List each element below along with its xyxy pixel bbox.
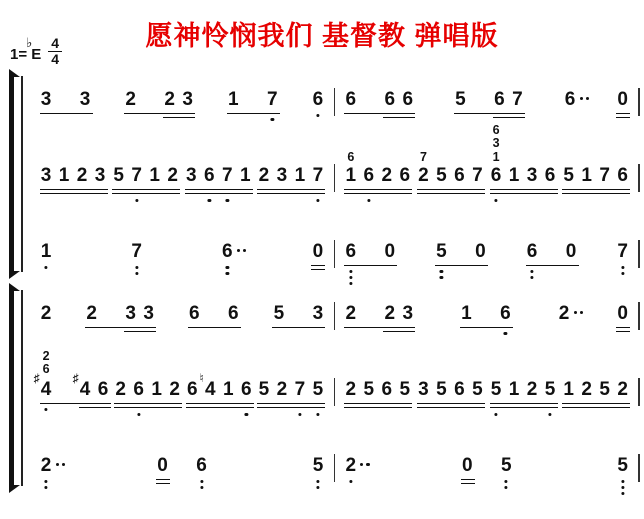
- note-digit: 2: [259, 165, 270, 186]
- note-digit: 5: [617, 455, 628, 476]
- duration-dots: [360, 463, 369, 466]
- note: 4♯: [80, 378, 91, 402]
- note: 6: [454, 164, 465, 188]
- note: 1: [41, 240, 52, 264]
- note: 2: [41, 302, 52, 326]
- note: 0: [462, 454, 473, 478]
- dot-mark: [580, 311, 583, 314]
- barline: [638, 88, 640, 116]
- chord-digit: 1: [493, 151, 500, 164]
- page-title: 愿神怜悯我们 基督教 弹唱版: [0, 0, 644, 53]
- beam-underline-level-2: [490, 407, 558, 409]
- beam-underline-level-2: [490, 193, 558, 195]
- octave-dots-below: [135, 266, 138, 275]
- note-digit: 6: [500, 303, 511, 324]
- dot-mark: [367, 199, 370, 202]
- note: 2: [581, 378, 592, 402]
- note: 7: [131, 164, 142, 188]
- beam-underline-level-2: [417, 407, 485, 409]
- note-digit: 1: [149, 165, 160, 186]
- beam-underline-level-1: [114, 403, 182, 405]
- note: 6: [384, 88, 395, 112]
- dot-mark: [349, 480, 352, 483]
- note-digit: 2: [277, 379, 288, 400]
- beat-group: 33: [41, 88, 91, 112]
- measure: 4♯264♯6261264♮165275: [31, 378, 334, 402]
- dot-mark: [298, 413, 301, 416]
- note-digit: 6: [382, 379, 393, 400]
- dot-mark: [45, 480, 48, 483]
- beam-underline-level-1: [156, 479, 170, 481]
- beam-underline-level-1: [40, 189, 108, 191]
- note: 5: [491, 378, 502, 402]
- note: 5: [501, 454, 512, 478]
- system-bracket: [6, 290, 19, 486]
- note: 6: [189, 302, 200, 326]
- octave-dots-below: [135, 199, 138, 202]
- beat-group: 6: [222, 240, 233, 264]
- note: 3: [186, 164, 197, 188]
- note: 1: [509, 164, 520, 188]
- octave-dots-below: [45, 408, 48, 411]
- dot-mark: [580, 97, 583, 100]
- note-digit: 5: [436, 241, 447, 262]
- note-digit: 1: [346, 165, 357, 186]
- beat-group: 5125: [491, 378, 556, 402]
- note: 2: [258, 164, 269, 188]
- time-signature: 4 4: [48, 36, 62, 67]
- beam-underline-level-1: [188, 327, 241, 329]
- note-digit: 2: [164, 89, 175, 110]
- beam-underline-level-1: [344, 113, 415, 115]
- note: 5: [436, 378, 447, 402]
- octave-dots-below: [298, 413, 301, 416]
- dot-mark: [360, 463, 363, 466]
- note: 2: [77, 164, 88, 188]
- beat-group: 0: [312, 240, 323, 264]
- octave-dots-below: [208, 199, 211, 202]
- beam-underline-level-2: [185, 193, 253, 195]
- note: 0: [384, 240, 395, 264]
- note: 1: [240, 164, 251, 188]
- beam-underline-level-2: [344, 407, 412, 409]
- beat-group: 2612: [115, 378, 180, 402]
- note-digit: 3: [41, 165, 52, 186]
- note: 1: [563, 378, 574, 402]
- beat-group: 3671: [186, 164, 251, 188]
- barline: [638, 164, 640, 192]
- dot-mark: [621, 272, 624, 275]
- note: 2: [41, 454, 52, 478]
- note-digit: 2: [86, 303, 97, 324]
- note-digit: 5: [563, 165, 574, 186]
- note-digit: 6: [196, 455, 207, 476]
- note-digit: 4: [41, 379, 52, 400]
- duration-dots: [237, 249, 246, 252]
- note: 1: [461, 302, 472, 326]
- dot-mark: [621, 492, 624, 495]
- note: 6631: [491, 164, 502, 188]
- note-digit: 5: [436, 165, 447, 186]
- score-line-bass: 17606050607: [31, 240, 640, 266]
- note-digit: 5: [400, 379, 411, 400]
- beat-group: 3123: [41, 164, 106, 188]
- beat-group: 0: [617, 88, 628, 112]
- barline: [638, 378, 640, 406]
- beat-group: 50: [436, 240, 486, 264]
- note: 1: [59, 164, 70, 188]
- note: 5: [599, 378, 610, 402]
- beam-underline-level-1: [124, 113, 195, 115]
- note: 5: [472, 378, 483, 402]
- system-left-barline: [21, 290, 23, 486]
- note-digit: 2: [385, 303, 396, 324]
- beam-underline-level-2: [156, 483, 170, 485]
- beam-underline-level-2: [493, 117, 525, 119]
- octave-dots-below: [505, 480, 508, 489]
- note: 3: [41, 88, 52, 112]
- note-digit: 3: [80, 89, 91, 110]
- note-digit: 5: [599, 379, 610, 400]
- score-line-bass: 20652055: [31, 454, 640, 480]
- dot-mark: [349, 276, 352, 279]
- dot-mark: [621, 480, 624, 483]
- beam-underline-level-1: [454, 113, 525, 115]
- note-digit: 3: [41, 89, 52, 110]
- note: 6: [363, 164, 374, 188]
- note: 6: [500, 302, 511, 326]
- beam-underline-level-2: [114, 407, 182, 409]
- note-digit: 0: [617, 303, 628, 324]
- chord-note: 3: [493, 137, 500, 150]
- note-digit: 0: [475, 241, 486, 262]
- note-digit: 5: [455, 89, 466, 110]
- note-digit: 6: [346, 241, 357, 262]
- dot-mark: [530, 276, 533, 279]
- beam-underline-level-2: [124, 331, 156, 333]
- key-signature: 1=♭E 4 4: [10, 36, 62, 67]
- note: 3: [418, 378, 429, 402]
- note-digit: 1: [59, 165, 70, 186]
- note-digit: 1: [228, 89, 239, 110]
- note-digit: 1: [223, 379, 234, 400]
- note: 3: [402, 302, 413, 326]
- key-text: 1=♭E: [10, 41, 41, 63]
- beam-underline-level-2: [562, 193, 630, 195]
- note: 5: [113, 164, 124, 188]
- octave-dots-below: [226, 266, 229, 275]
- note: 6: [454, 378, 465, 402]
- beat-group: 1: [41, 240, 52, 264]
- beam-underline-level-1: [185, 189, 253, 191]
- barline: [638, 240, 640, 268]
- octave-dots-below: [548, 413, 551, 416]
- beat-group: 5: [313, 454, 324, 478]
- note: 6: [345, 88, 356, 112]
- note-digit: 5: [491, 379, 502, 400]
- note-digit: 2: [617, 379, 628, 400]
- note-digit: 6: [222, 241, 233, 262]
- note-digit: 6: [494, 89, 505, 110]
- note: 3: [312, 302, 323, 326]
- dot-mark: [530, 270, 533, 273]
- beat-group: 4♯264♯6: [41, 378, 109, 402]
- beam-underline-level-2: [417, 193, 485, 195]
- note: 3: [143, 302, 154, 326]
- accidental-sharp-icon: ♯: [34, 372, 40, 384]
- chord-note: 1: [493, 151, 500, 164]
- chord-digit: 7: [420, 151, 427, 164]
- dot-mark: [245, 413, 248, 416]
- note: 2: [345, 378, 356, 402]
- beat-group: 06: [157, 454, 207, 478]
- note-digit: 7: [131, 241, 142, 262]
- note-digit: 0: [462, 455, 473, 476]
- note-digit: 3: [182, 89, 193, 110]
- note-digit: 1: [563, 379, 574, 400]
- note: 5: [545, 378, 556, 402]
- beam-underline-level-2: [383, 331, 415, 333]
- system-bracket-bar: [9, 290, 14, 486]
- beam-underline-level-1: [490, 403, 558, 405]
- system: 2233665322316204♯264♯6261264♮16527525653…: [6, 290, 640, 486]
- note: 3: [41, 164, 52, 188]
- beam-underline-level-1: [460, 327, 513, 329]
- beat-group: 2: [345, 454, 356, 478]
- note-digit: 1: [509, 379, 520, 400]
- note-digit: 2: [41, 455, 52, 476]
- system-content: 3322317666656760312357123671231716626275…: [31, 76, 640, 272]
- dot-mark: [237, 249, 240, 252]
- beam-underline-level-1: [272, 327, 325, 329]
- note-digit: 3: [143, 303, 154, 324]
- dot-mark: [440, 276, 443, 279]
- system-bracket-hook-top: [9, 69, 20, 77]
- note: 2: [527, 378, 538, 402]
- note-digit: 5: [313, 379, 324, 400]
- beat-group: 3565: [418, 378, 483, 402]
- beat-group: 1252: [563, 378, 628, 402]
- note: 7: [512, 88, 523, 112]
- note: 5: [399, 378, 410, 402]
- dot-mark: [226, 266, 229, 269]
- beam-underline-level-1: [435, 265, 488, 267]
- beam-underline-level-2: [616, 117, 630, 119]
- note: 5: [273, 302, 284, 326]
- chord-note: 2: [43, 350, 50, 363]
- note: 6: [345, 240, 356, 264]
- dot-mark: [135, 272, 138, 275]
- note-digit: 3: [125, 303, 136, 324]
- beat-group: 66: [189, 302, 239, 326]
- dot-mark: [243, 249, 246, 252]
- note: 16: [345, 164, 356, 188]
- dot-mark: [271, 118, 274, 121]
- chord-note: 6: [493, 124, 500, 137]
- beam-underline-level-1: [417, 403, 485, 405]
- barline: [638, 302, 640, 330]
- beat-group: 2565: [345, 378, 410, 402]
- beam-underline-level-2: [616, 331, 630, 333]
- note-digit: 4: [205, 379, 216, 400]
- beat-group: 5712: [113, 164, 178, 188]
- beam-underline-level-1: [344, 403, 412, 405]
- note-digit: 1: [295, 165, 306, 186]
- note: 7: [472, 164, 483, 188]
- time-signature-denominator: 4: [48, 51, 62, 67]
- note-digit: 1: [581, 165, 592, 186]
- note: 4♯26: [41, 378, 52, 402]
- beat-group: 27567: [418, 164, 483, 188]
- note-digit: 1: [240, 165, 251, 186]
- dot-mark: [45, 408, 48, 411]
- note: 6: [196, 454, 207, 478]
- note: 5: [436, 164, 447, 188]
- chord-stack: 26: [43, 350, 50, 378]
- note-digit: 3: [186, 165, 197, 186]
- dot-mark: [62, 463, 65, 466]
- note-digit: 5: [472, 379, 483, 400]
- note: 3: [276, 164, 287, 188]
- note: 3: [527, 164, 538, 188]
- note: 2: [115, 378, 126, 402]
- note-digit: 5: [501, 455, 512, 476]
- octave-dots-below: [316, 114, 319, 117]
- octave-dots-below: [245, 413, 248, 416]
- note: 6: [402, 88, 413, 112]
- note-digit: 2: [346, 303, 357, 324]
- note-digit: 7: [617, 241, 628, 262]
- note-digit: 6: [385, 89, 396, 110]
- note: 2: [164, 88, 175, 112]
- dot-mark: [56, 463, 59, 466]
- note-digit: 6: [228, 303, 239, 324]
- note-digit: 2: [167, 165, 178, 186]
- beat-group: 6631136: [491, 164, 556, 188]
- chord-digit: 6: [347, 151, 354, 164]
- beat-group: 16626: [345, 164, 410, 188]
- chord-digit: 3: [493, 137, 500, 150]
- beam-underline-level-2: [40, 193, 108, 195]
- beam-underline-level-1: [311, 265, 325, 267]
- dot-mark: [316, 199, 319, 202]
- beam-underline-level-2: [112, 193, 180, 195]
- note: 1: [149, 164, 160, 188]
- note-digit: 7: [131, 165, 142, 186]
- system-bracket-hook-bottom: [9, 271, 20, 279]
- measure: 66656760: [335, 88, 638, 112]
- beat-group: 5176: [563, 164, 628, 188]
- dot-mark: [226, 272, 229, 275]
- system-bracket-hook-top: [9, 283, 20, 291]
- beam-underline-level-2: [257, 407, 325, 409]
- note-digit: 2: [581, 379, 592, 400]
- time-signature-numerator: 4: [48, 36, 62, 51]
- octave-dots-below: [530, 270, 533, 279]
- note-digit: 3: [277, 165, 288, 186]
- sheet-music-page: 愿神怜悯我们 基督教 弹唱版 1=♭E 4 4 3322317666656760…: [0, 0, 644, 519]
- note: 6: [98, 378, 109, 402]
- note-digit: 7: [267, 89, 278, 110]
- note-digit: 6: [454, 165, 465, 186]
- note: 0: [312, 240, 323, 264]
- beat-group: 64♮16: [187, 378, 252, 402]
- beam-underline-level-2: [562, 407, 630, 409]
- beam-underline-level-2: [344, 193, 412, 195]
- measure: 2231620: [335, 302, 638, 326]
- octave-dots-below: [367, 199, 370, 202]
- note: 0: [617, 302, 628, 326]
- note: 6: [241, 378, 252, 402]
- note-digit: 6: [565, 89, 576, 110]
- note: 2: [169, 378, 180, 402]
- beat-group: 7: [617, 240, 628, 264]
- beat-group: 223: [345, 302, 413, 326]
- beam-underline-level-1: [461, 479, 475, 481]
- note: 2: [86, 302, 97, 326]
- beat-group: 60: [345, 240, 395, 264]
- beam-underline-level-1: [526, 265, 579, 267]
- beam-underline-level-1: [40, 403, 111, 405]
- note: 6: [617, 164, 628, 188]
- note: 7: [267, 88, 278, 112]
- note: 5: [313, 454, 324, 478]
- beat-group: 233: [86, 302, 154, 326]
- note-digit: 1: [151, 379, 162, 400]
- dot-mark: [494, 199, 497, 202]
- note-digit: 3: [313, 303, 324, 324]
- dot-mark: [316, 114, 319, 117]
- beam-underline-level-1: [562, 189, 630, 191]
- chord-stack: 631: [493, 124, 500, 164]
- dot-mark: [349, 270, 352, 273]
- dot-mark: [137, 413, 140, 416]
- note: 6: [527, 240, 538, 264]
- beat-group: 60: [527, 240, 577, 264]
- beam-underline-level-1: [227, 113, 280, 115]
- note-digit: 1: [461, 303, 472, 324]
- note: 7: [599, 164, 610, 188]
- note: 0: [475, 240, 486, 264]
- note-digit: 4: [80, 379, 91, 400]
- note-digit: 3: [527, 165, 538, 186]
- note: 2: [617, 378, 628, 402]
- note-digit: 2: [77, 165, 88, 186]
- duration-dots: [56, 463, 65, 466]
- beam-underline-level-2: [257, 193, 325, 195]
- note: 1: [151, 378, 162, 402]
- octave-dots-below: [316, 413, 319, 416]
- note: 2: [345, 302, 356, 326]
- beam-underline-level-2: [163, 117, 195, 119]
- dot-mark: [574, 311, 577, 314]
- measure: 2055: [335, 454, 638, 478]
- beam-underline-level-1: [417, 189, 485, 191]
- note: 5: [363, 378, 374, 402]
- dot-mark: [349, 282, 352, 285]
- note-digit: 2: [527, 379, 538, 400]
- note: 3: [80, 88, 91, 112]
- note-digit: 6: [454, 379, 465, 400]
- chord-note: 6: [347, 151, 354, 164]
- note: 1: [509, 378, 520, 402]
- note: 1: [223, 378, 234, 402]
- chord-digit: 6: [493, 124, 500, 137]
- note: 3: [95, 164, 106, 188]
- chord-note: 6: [43, 363, 50, 377]
- measure: 2065: [31, 454, 334, 478]
- note: 6: [222, 240, 233, 264]
